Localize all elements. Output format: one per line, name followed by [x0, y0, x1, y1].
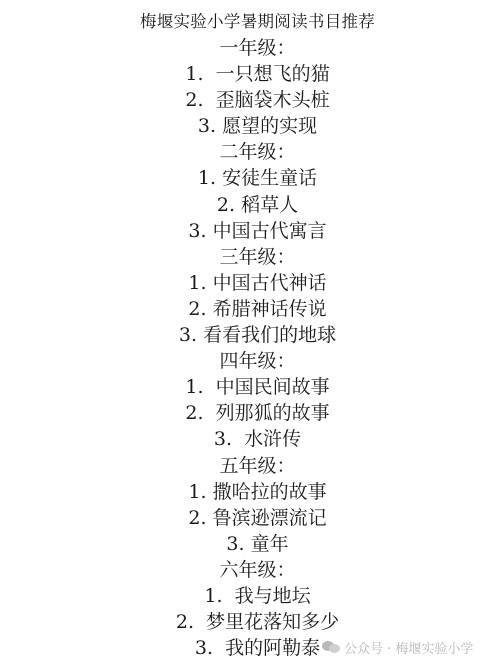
grade-section-5: 五年级： 1. 撒哈拉的故事 2. 鲁滨逊漂流记 3. 童年	[0, 453, 501, 557]
grade-heading: 六年级：	[0, 557, 501, 583]
grade-section-2: 二年级： 1. 安徒生童话 2. 稻草人 3. 中国古代寓言	[0, 139, 501, 243]
book-item: 3. 看看我们的地球	[0, 322, 501, 348]
document-title: 梅堰实验小学暑期阅读书目推荐	[0, 9, 501, 35]
grade-heading: 四年级：	[0, 348, 501, 374]
book-item: 3. 童年	[0, 531, 501, 557]
grade-heading: 三年级：	[0, 244, 501, 270]
book-item: 2. 歪脑袋木头桩	[0, 87, 501, 113]
grade-section-1: 一年级： 1. 一只想飞的猫 2. 歪脑袋木头桩 3. 愿望的实现	[0, 35, 501, 139]
grade-heading: 二年级：	[0, 139, 501, 165]
book-item: 2. 列那狐的故事	[0, 400, 501, 426]
book-item: 1. 中国古代神话	[0, 270, 501, 296]
grade-heading: 一年级：	[0, 35, 501, 61]
book-item: 2. 稻草人	[0, 192, 501, 218]
book-item: 1. 中国民间故事	[0, 374, 501, 400]
watermark: 公众号 · 梅堰实验小学	[322, 637, 473, 657]
grade-section-4: 四年级： 1. 中国民间故事 2. 列那狐的故事 3. 水浒传	[0, 348, 501, 452]
book-item: 1. 撒哈拉的故事	[0, 479, 501, 505]
document-body: 梅堰实验小学暑期阅读书目推荐 一年级： 1. 一只想飞的猫 2. 歪脑袋木头桩 …	[0, 9, 501, 661]
book-item: 1. 安徒生童话	[0, 165, 501, 191]
wechat-icon	[322, 639, 340, 655]
book-item: 3. 中国古代寓言	[0, 218, 501, 244]
book-item: 2. 鲁滨逊漂流记	[0, 505, 501, 531]
book-item: 1. 一只想飞的猫	[0, 61, 501, 87]
book-item: 3. 愿望的实现	[0, 113, 501, 139]
grade-heading: 五年级：	[0, 453, 501, 479]
book-item: 2. 希腊神话传说	[0, 296, 501, 322]
watermark-text: 公众号 · 梅堰实验小学	[344, 638, 473, 657]
grade-section-3: 三年级： 1. 中国古代神话 2. 希腊神话传说 3. 看看我们的地球	[0, 244, 501, 348]
book-item: 2. 梦里花落知多少	[0, 609, 501, 635]
book-item: 3. 水浒传	[0, 426, 501, 452]
book-item: 1. 我与地坛	[0, 583, 501, 609]
